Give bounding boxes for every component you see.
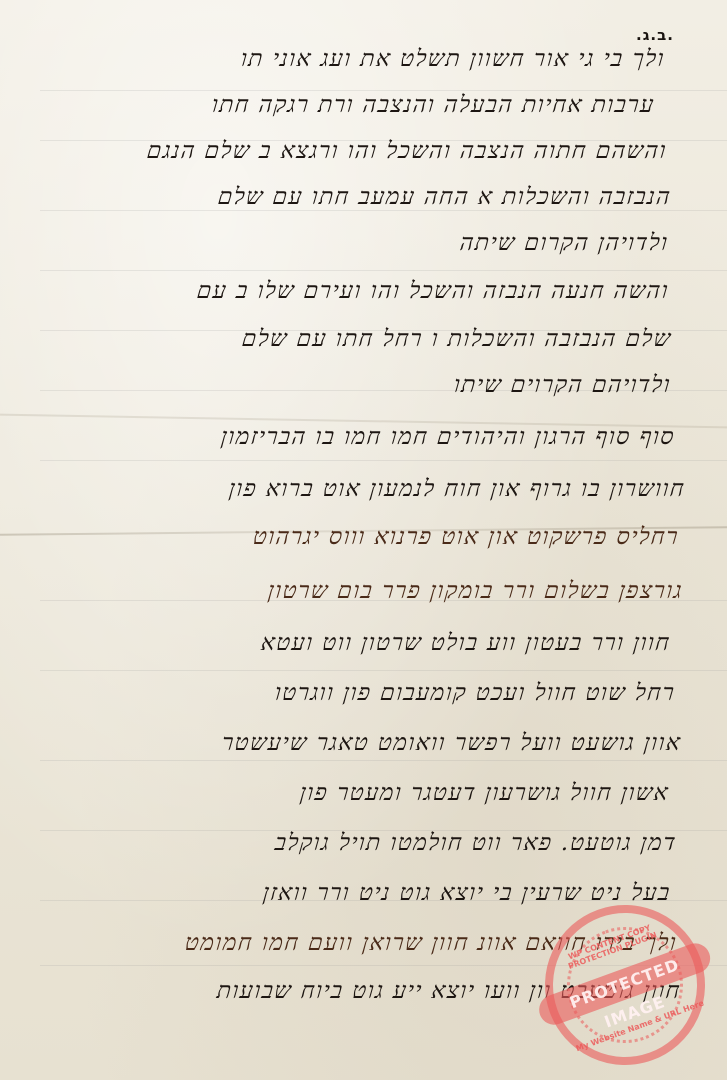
page-number: .ב.ג. bbox=[636, 26, 674, 44]
handwritten-line: רחליס פרשקוט און אוט פרנוא וווס יגרהוט bbox=[252, 524, 681, 550]
handwritten-line: חוון ורר בעטון ווע בולט שרטון ווט ועטא bbox=[260, 630, 672, 656]
handwritten-line: חוושרון בו גרוף און חוח לנמעון אוט ברוא … bbox=[228, 476, 687, 502]
handwritten-line: ולדויהם הקרוים שיתו bbox=[453, 372, 673, 398]
handwritten-line: שלם הנבזבה והשכלות ו רחל חתו עם שלם bbox=[240, 326, 672, 352]
handwritten-line: הנבזבה והשכלות א החה עמעב חתו עם שלם bbox=[216, 184, 672, 210]
handwritten-line: אוון גושעט וועל רפשר וואומט טאגר שיעשטר bbox=[220, 730, 682, 756]
handwritten-line: ולדויהן הקרום שיתה bbox=[459, 230, 670, 256]
handwritten-line: דמן גוטעט. פאר ווט חולמטו תויל גוקלב bbox=[274, 830, 678, 856]
handwritten-line: אשון חוול גושרעון דעטגר ומעטר פון bbox=[299, 780, 671, 806]
ruled-line bbox=[40, 210, 727, 211]
handwritten-line: רחל שוט חוול ועכט קומעבום פון ווגרטו bbox=[273, 680, 676, 706]
ruled-line bbox=[40, 270, 727, 271]
handwritten-line: בעל ניט שרעין בי יוצא גוט ניט ורר וואזן bbox=[262, 880, 672, 906]
handwritten-line: ערבות אחיות הבעלה והנצבה ורת רגקה חתו bbox=[211, 92, 656, 118]
copy-protection-watermark: WP CONTENT COPY PROTECTION PLUGIN PROTEC… bbox=[522, 882, 727, 1080]
ruled-line bbox=[40, 90, 727, 91]
handwritten-line: גורצפן בשלום ורר בומקון פרר בום שרטון bbox=[267, 578, 685, 604]
ruled-line bbox=[40, 670, 727, 671]
handwritten-line: סוף סוף הרגון והיהודים חמו חמו בו הבריזמ… bbox=[220, 424, 677, 450]
scanned-letter-page: .ב.ג. ולך בי גי אור חשוון תשלט את ועג או… bbox=[0, 0, 727, 1080]
ruled-line bbox=[40, 760, 727, 761]
ruled-line bbox=[40, 460, 727, 461]
handwritten-line: והשהם חתוה הנצבה והשכל והו ורגצא ב שלם ה… bbox=[146, 138, 669, 164]
handwritten-line: ולך בי גי אור חשוון תשלט את ועג אוני תו bbox=[240, 46, 667, 72]
handwritten-line: והשה חנעה הנבזה והשכל והו ועירם שלו ב עם bbox=[196, 278, 671, 304]
